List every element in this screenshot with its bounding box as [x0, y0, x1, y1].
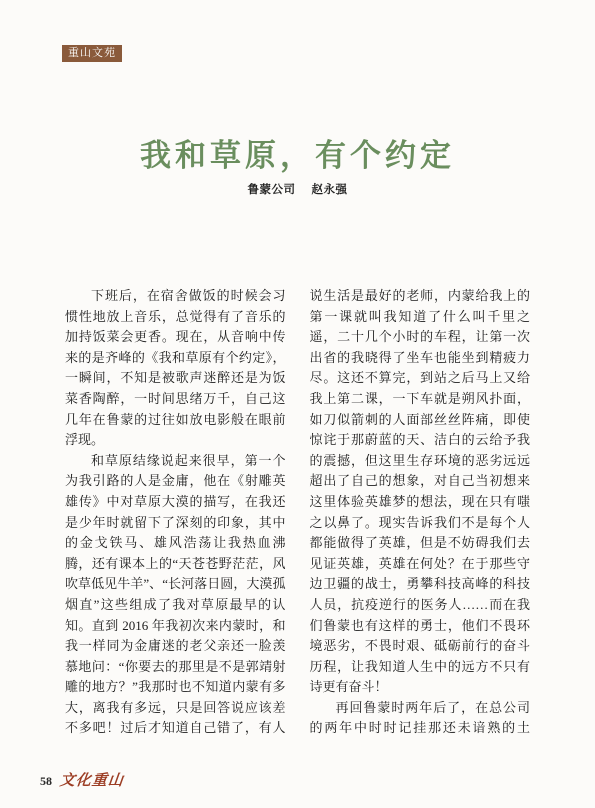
byline-author: 赵永强 [312, 184, 348, 196]
page-number: 58 [40, 774, 52, 789]
magazine-page: 重山文苑 我和草原，有个约定 鲁蒙公司赵永强 下班后，在宿舍做饭的时候会习惯性地… [0, 0, 595, 808]
section-badge: 重山文苑 [62, 45, 122, 62]
paragraph-1: 下班后，在宿舍做饭的时候会习惯性地放上音乐，总觉得有了音乐的加持饭菜会更香。现在… [65, 286, 286, 451]
article-body: 下班后，在宿舍做饭的时候会习惯性地放上音乐，总觉得有了音乐的加持饭菜会更香。现在… [65, 286, 530, 744]
page-footer: 58 文化重山 [40, 769, 124, 790]
byline-company: 鲁蒙公司 [248, 184, 296, 196]
magazine-logo: 文化重山 [59, 769, 125, 790]
article-title: 我和草原，有个约定 [0, 130, 595, 175]
article-byline: 鲁蒙公司赵永强 [0, 181, 595, 197]
